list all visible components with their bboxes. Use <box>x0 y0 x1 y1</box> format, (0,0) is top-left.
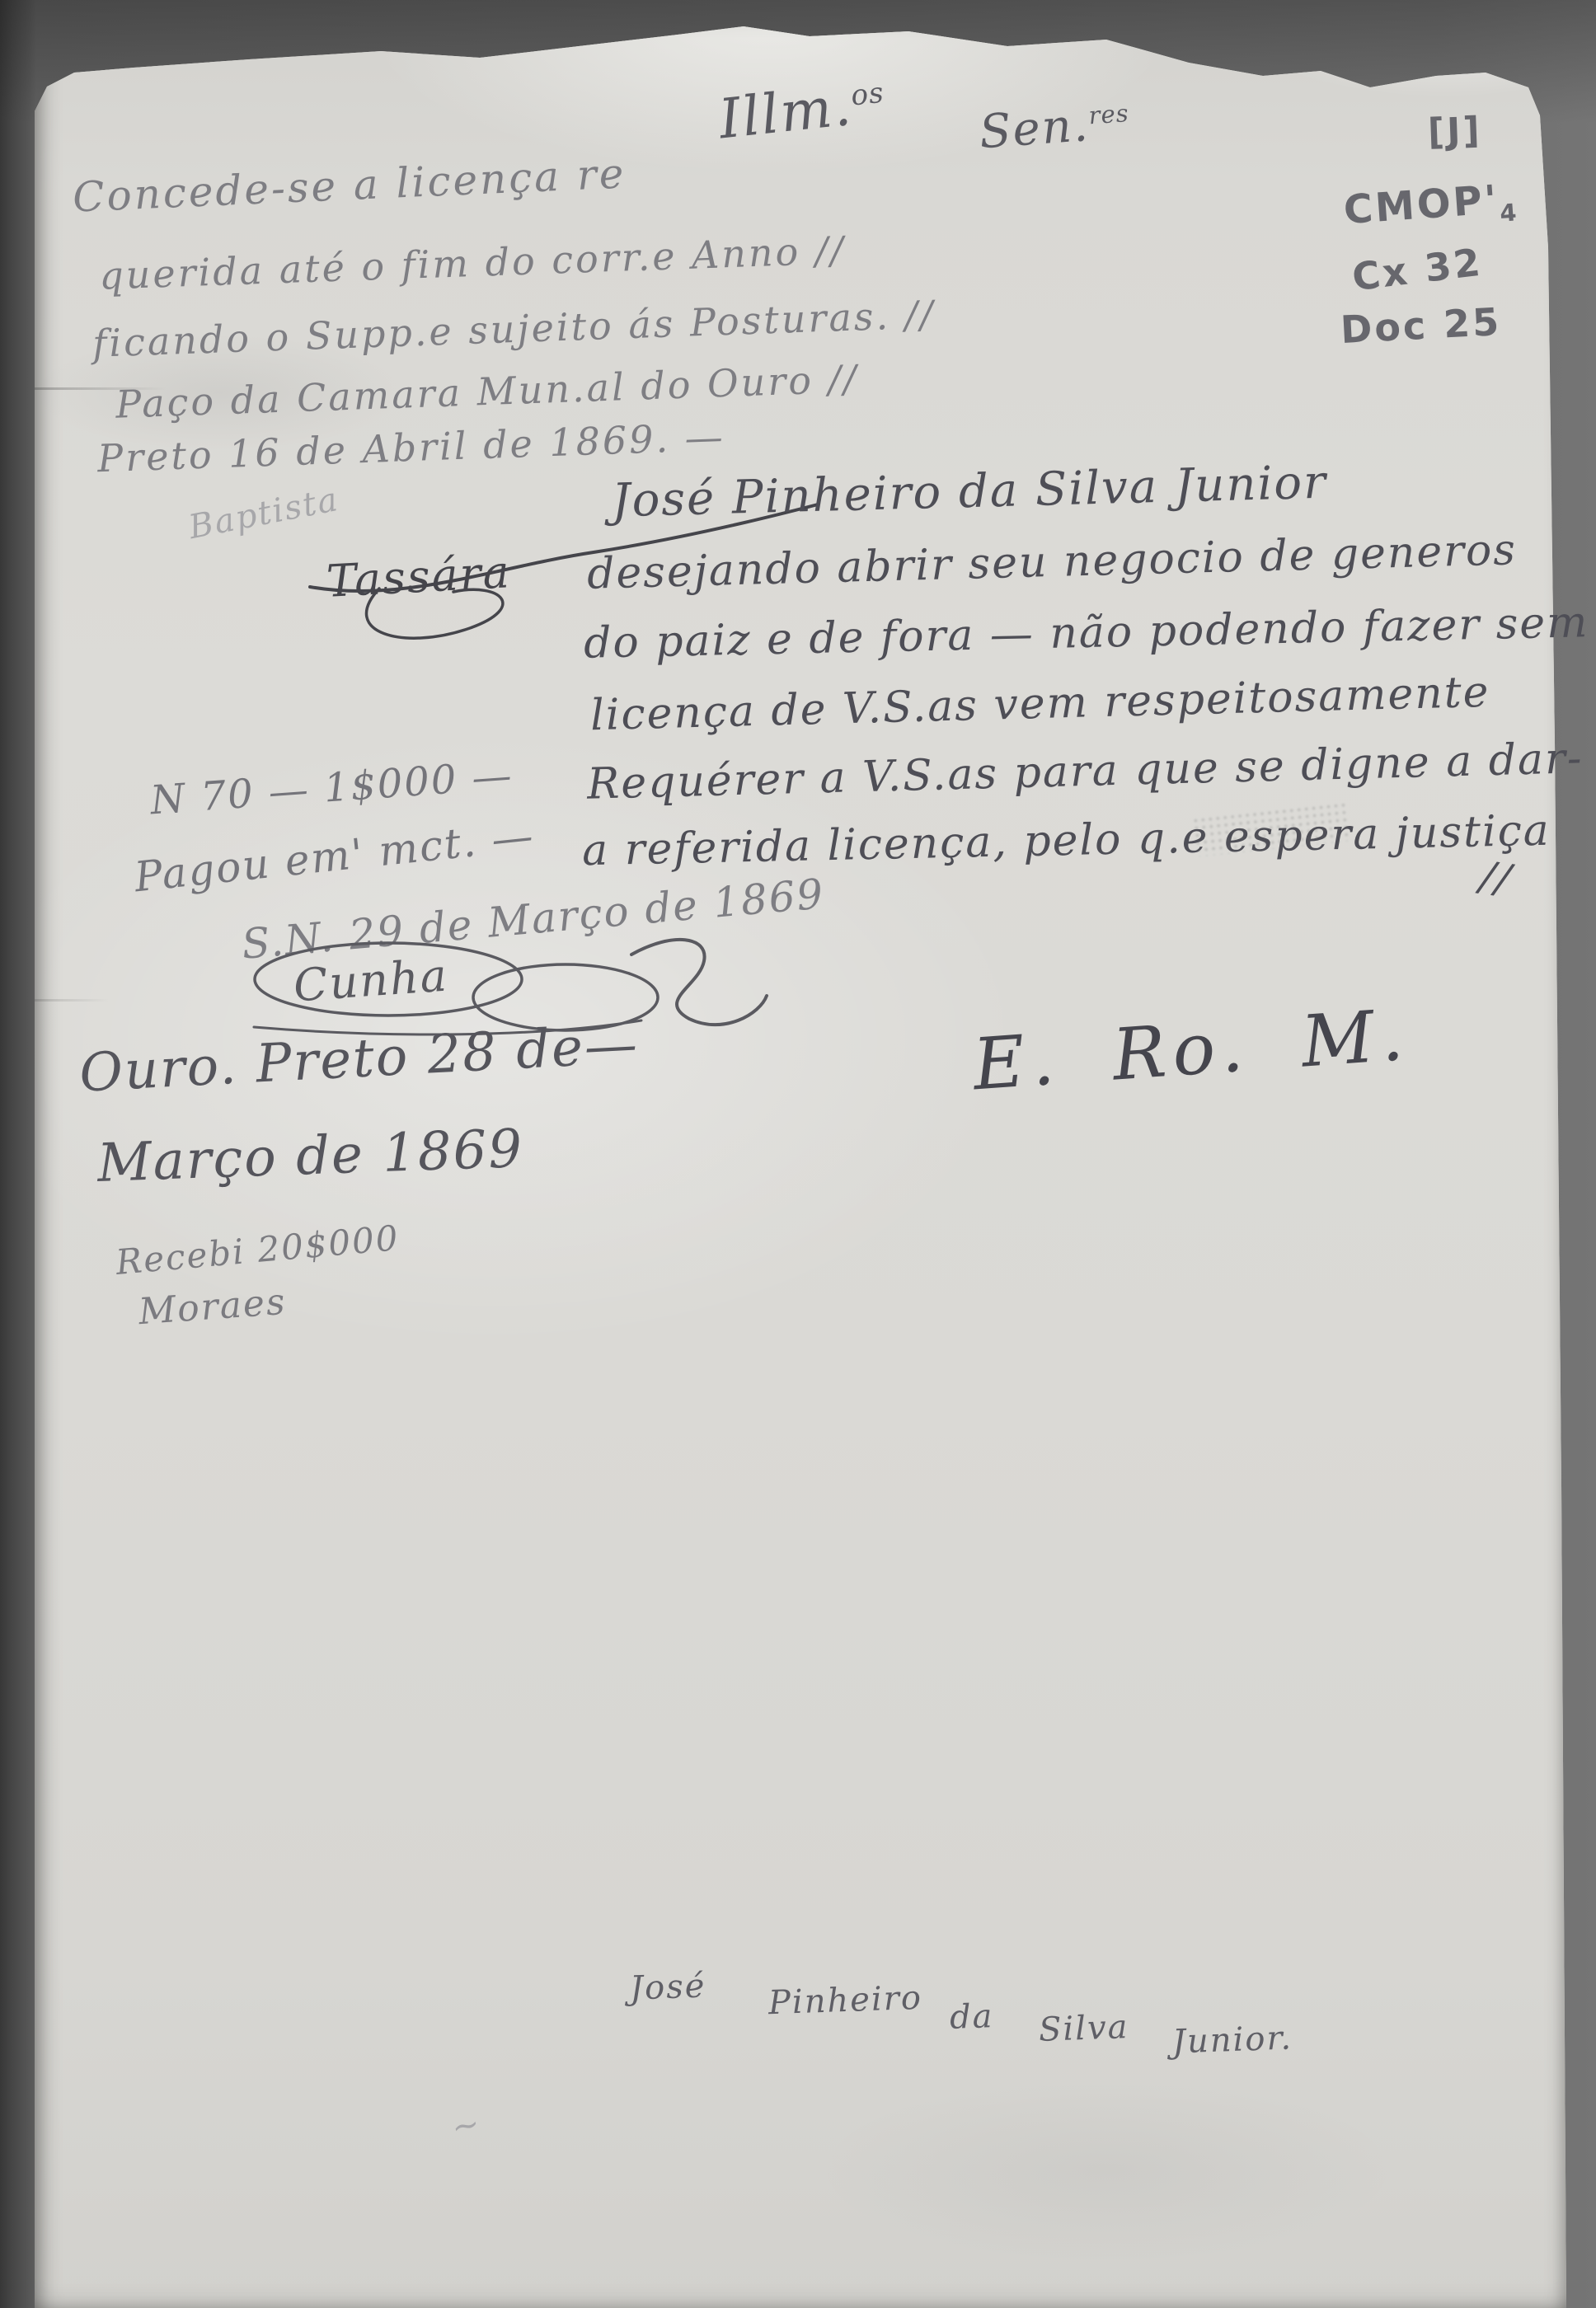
salutation-senres: Sen.res <box>978 96 1132 160</box>
paper-crease <box>35 999 109 1002</box>
signature-word: da <box>949 1997 994 2037</box>
scanned-document: Illm.os Sen.res [J] CMOP'4 Cx 32 Doc 25 … <box>0 0 1596 2308</box>
salutation-senres-base: Sen. <box>978 98 1091 159</box>
archival-doc-note: Doc 25 <box>1340 299 1503 352</box>
signature-word: Silva <box>1038 2008 1129 2049</box>
archival-fonds-sub: 4 <box>1499 198 1518 227</box>
signature-word: José <box>629 1967 706 2007</box>
salutation-senres-sup: res <box>1087 99 1129 129</box>
salutation-illmos-sup: os <box>849 77 885 113</box>
archival-bracket-note: [J] <box>1427 110 1482 153</box>
signature-cunha: Cunha <box>292 950 450 1012</box>
signature-word: Pinheiro <box>767 1979 922 2022</box>
signature-tassara: Tassára <box>326 546 513 607</box>
petition-end-mark: // <box>1477 852 1514 904</box>
archival-fonds-base: CMOP' <box>1342 176 1500 233</box>
signature-word: Junior. <box>1171 2019 1293 2061</box>
